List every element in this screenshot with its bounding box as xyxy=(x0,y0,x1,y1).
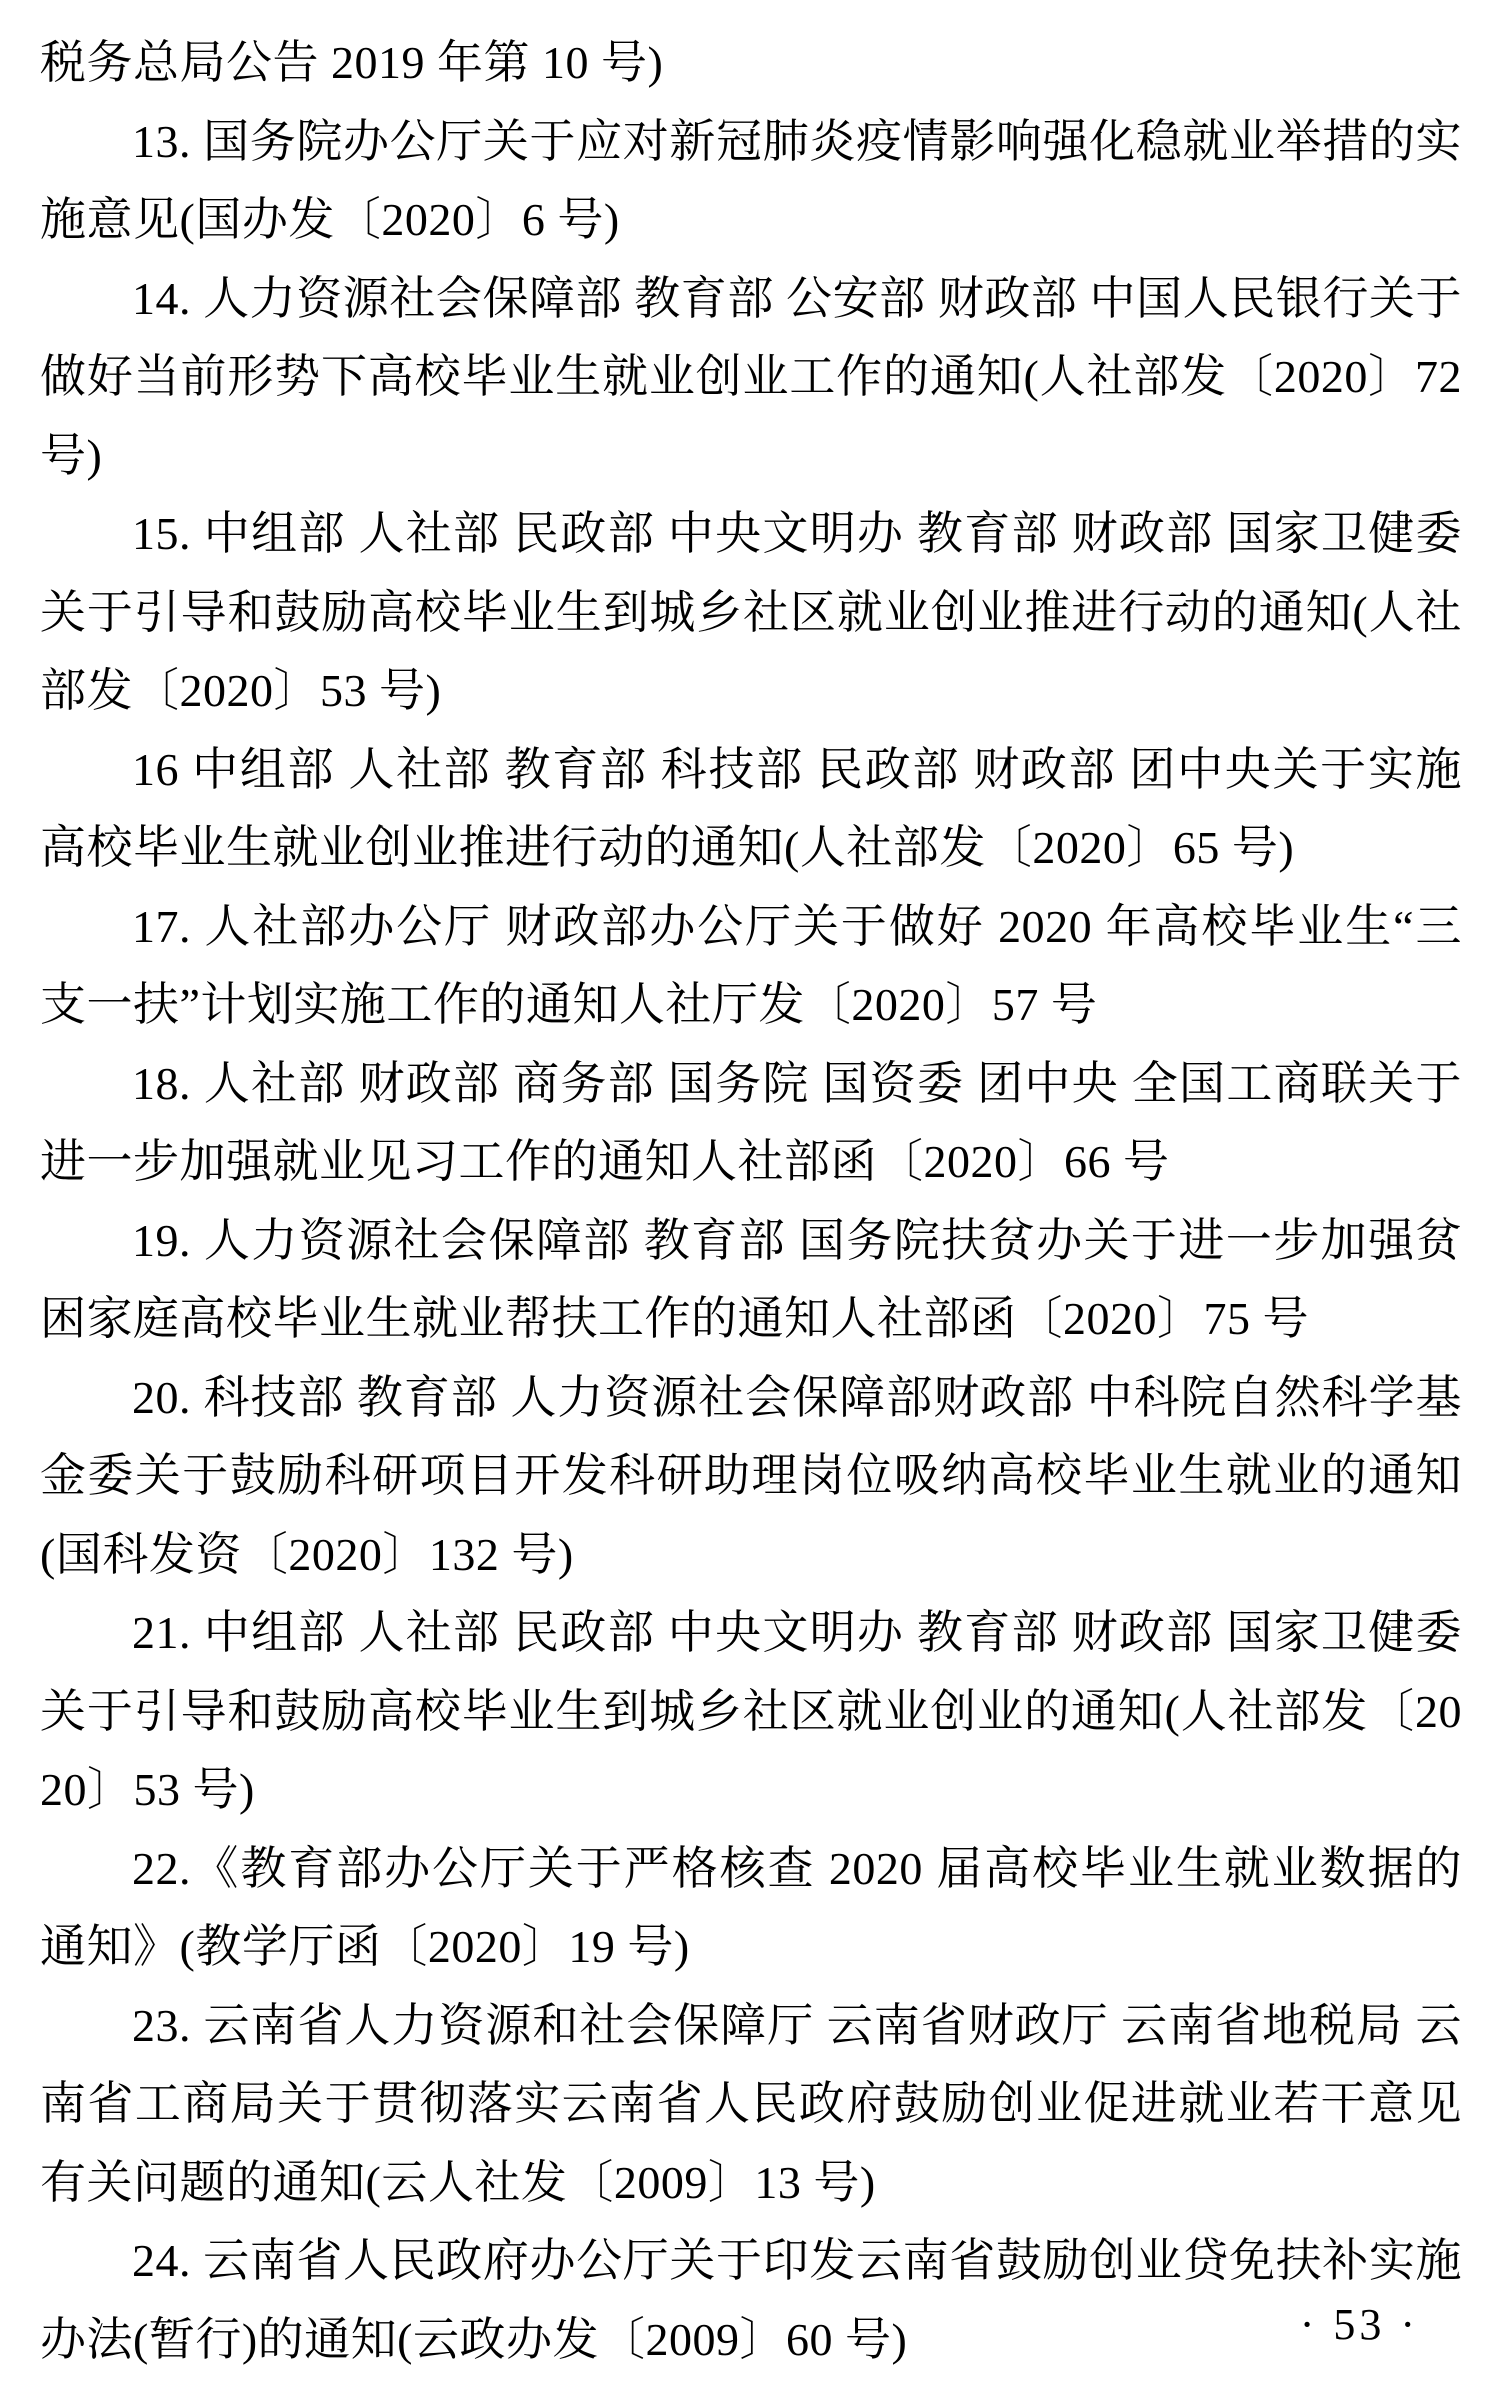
paragraph-item-24: 24. 云南省人民政府办公厅关于印发云南省鼓励创业贷免扶补实施办法(暂行)的通知… xyxy=(40,2222,1462,2379)
document-page: 税务总局公告 2019 年第 10 号) 13. 国务院办公厅关于应对新冠肺炎疫… xyxy=(0,0,1499,2395)
paragraph-item-17: 17. 人社部办公厅 财政部办公厅关于做好 2020 年高校毕业生“三支一扶”计… xyxy=(40,888,1462,1045)
paragraph-item-22: 22.《教育部办公厅关于严格核查 2020 届高校毕业生就业数据的通知》(教学厅… xyxy=(40,1830,1462,1987)
paragraph-item-13: 13. 国务院办公厅关于应对新冠肺炎疫情影响强化稳就业举措的实施意见(国办发〔2… xyxy=(40,103,1462,260)
paragraph-item-18: 18. 人社部 财政部 商务部 国务院 国资委 团中央 全国工商联关于进一步加强… xyxy=(40,1045,1462,1202)
paragraph-item-16: 16 中组部 人社部 教育部 科技部 民政部 财政部 团中央关于实施高校毕业生就… xyxy=(40,731,1462,888)
paragraph-continuation: 税务总局公告 2019 年第 10 号) xyxy=(40,24,1462,103)
page-number: · 53 · xyxy=(1300,2295,1419,2355)
paragraph-item-23: 23. 云南省人力资源和社会保障厅 云南省财政厅 云南省地税局 云南省工商局关于… xyxy=(40,1987,1462,2223)
document-body: 税务总局公告 2019 年第 10 号) 13. 国务院办公厅关于应对新冠肺炎疫… xyxy=(40,24,1462,2379)
paragraph-item-14: 14. 人力资源社会保障部 教育部 公安部 财政部 中国人民银行关于做好当前形势… xyxy=(40,260,1462,496)
paragraph-item-15: 15. 中组部 人社部 民政部 中央文明办 教育部 财政部 国家卫健委关于引导和… xyxy=(40,495,1462,731)
paragraph-item-20: 20. 科技部 教育部 人力资源社会保障部财政部 中科院自然科学基金委关于鼓励科… xyxy=(40,1359,1462,1595)
paragraph-item-21: 21. 中组部 人社部 民政部 中央文明办 教育部 财政部 国家卫健委关于引导和… xyxy=(40,1594,1462,1830)
paragraph-item-19: 19. 人力资源社会保障部 教育部 国务院扶贫办关于进一步加强贫困家庭高校毕业生… xyxy=(40,1202,1462,1359)
